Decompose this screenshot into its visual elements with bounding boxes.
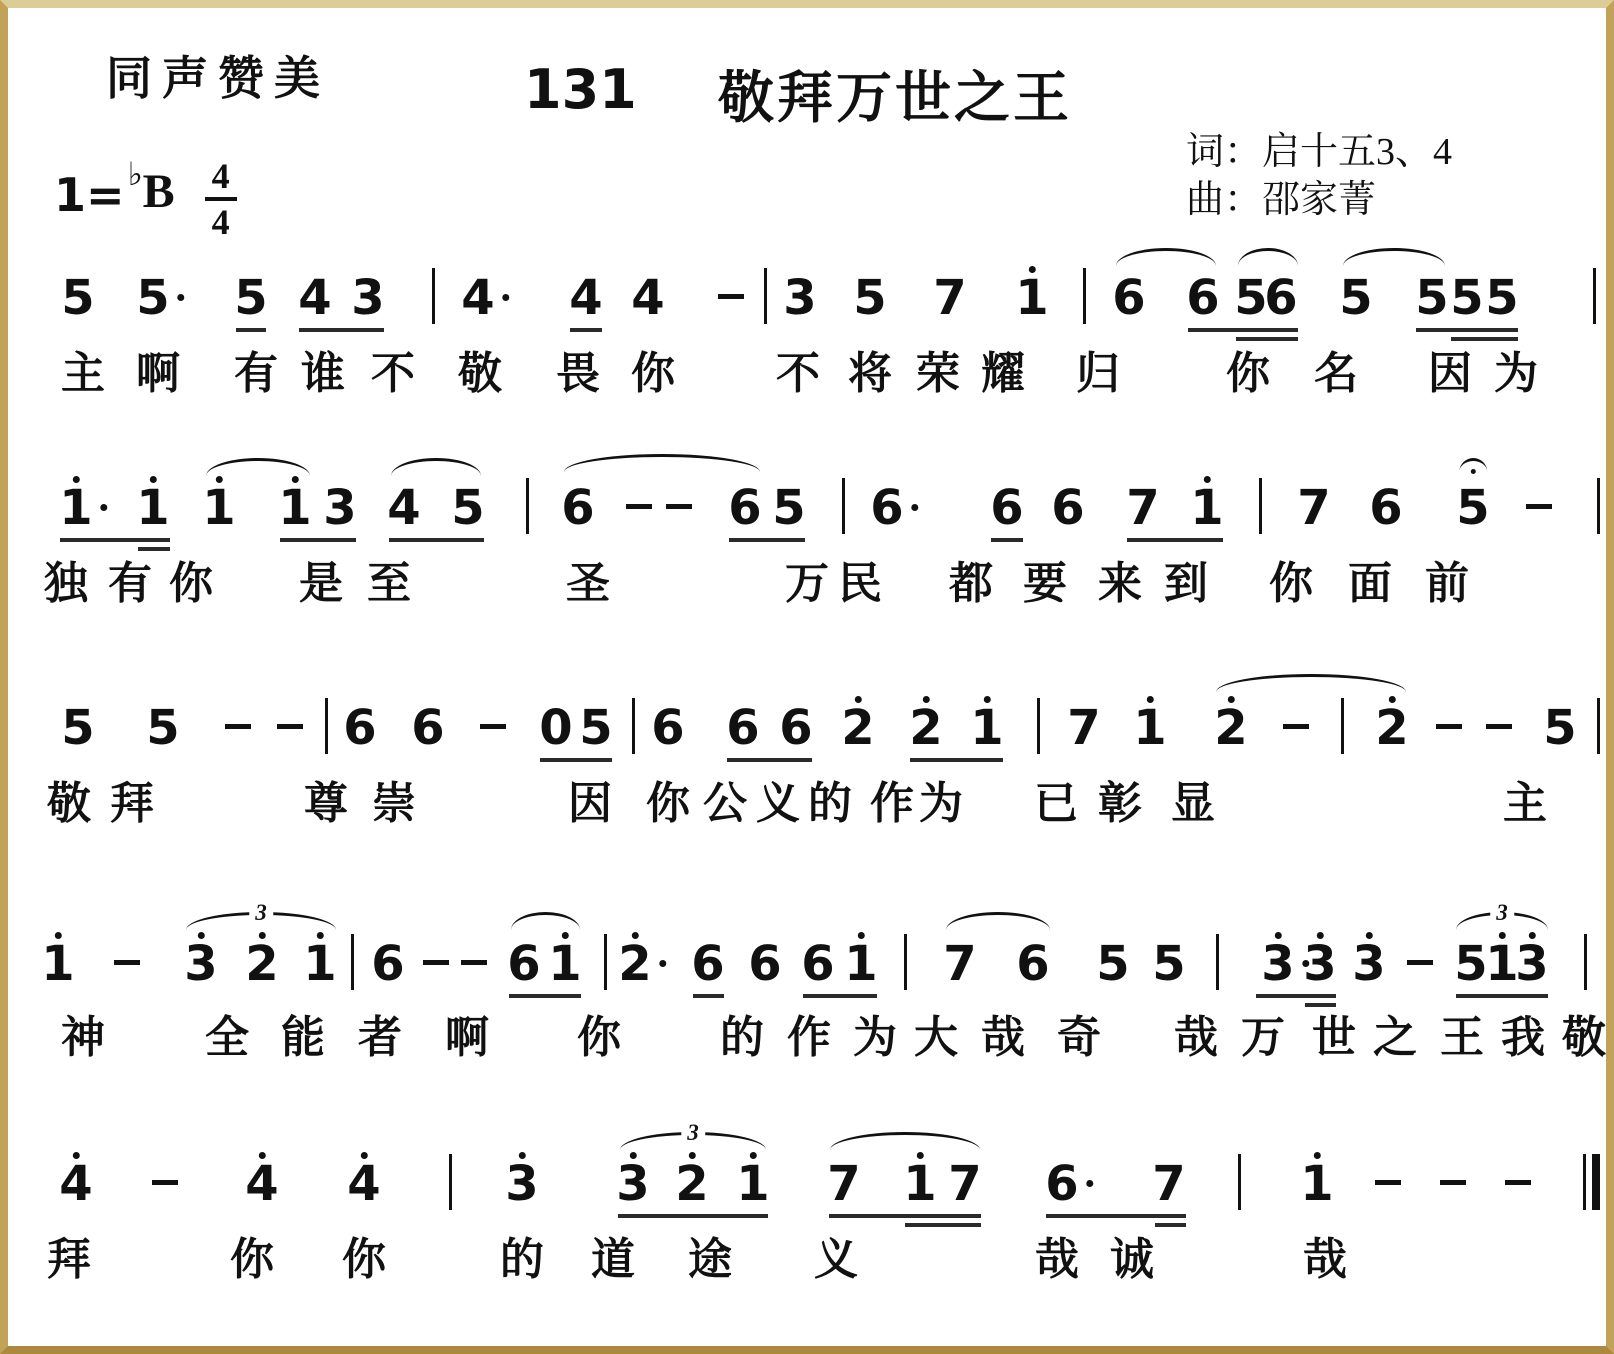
slur-arc — [1216, 674, 1406, 692]
lyric-char: 到 — [1164, 562, 1208, 606]
note: 4 — [347, 1160, 380, 1208]
beam-underline — [910, 758, 1003, 762]
triplet-number: 3 — [249, 901, 273, 924]
octave-dot — [858, 932, 865, 939]
lyric-char: 哉 — [981, 1016, 1025, 1060]
slur-arc — [511, 912, 580, 930]
barline — [632, 698, 635, 754]
triplet-bracket: 3 — [620, 1132, 766, 1150]
augmentation-dot — [178, 294, 185, 301]
lyric-char: 哉 — [1035, 1238, 1079, 1282]
key-prefix: 1= — [54, 158, 125, 218]
duration-dash — [225, 724, 251, 729]
lyric-char: 为 — [1494, 352, 1538, 396]
beam-underline — [1456, 994, 1548, 998]
note: 3 — [1515, 940, 1548, 988]
octave-dot — [259, 932, 266, 939]
duration-dash — [152, 1180, 178, 1185]
octave-dot — [1317, 932, 1324, 939]
barline — [1341, 698, 1344, 754]
beam-underline — [570, 328, 602, 332]
note: 2 — [618, 940, 651, 988]
final-barline-thick — [1592, 1154, 1600, 1210]
lyric-char: 万 — [785, 562, 829, 606]
lyric-char: 者 — [358, 1016, 402, 1060]
lyric-char: 主 — [1503, 782, 1547, 826]
lyric-char: 奇 — [1057, 1016, 1101, 1060]
note: 5 — [1485, 274, 1518, 322]
time-signature: 4 4 — [205, 158, 237, 240]
lyric-char: 敬 — [458, 352, 502, 396]
duration-dash — [1375, 1180, 1401, 1185]
lyric-char: 民 — [838, 562, 882, 606]
time-signature-bottom: 4 — [212, 204, 230, 240]
lyric-char: 敬 — [47, 782, 91, 826]
triplet-number: 3 — [1490, 901, 1514, 924]
note: 1 — [1190, 484, 1223, 532]
octave-dot — [1029, 266, 1036, 273]
beam-underline — [693, 994, 724, 998]
lyric-char: 万 — [1241, 1016, 1285, 1060]
note: 1 — [1300, 1160, 1333, 1208]
beam-underline — [60, 538, 170, 542]
lyric-char: 你 — [646, 782, 690, 826]
lyric-char: 神 — [61, 1016, 105, 1060]
duration-dash — [718, 294, 744, 299]
lyric-char: 你 — [631, 352, 675, 396]
lyric-char: 崇 — [372, 782, 416, 826]
octave-dot — [519, 1152, 526, 1159]
lyric-char: 途 — [688, 1238, 732, 1282]
note: 3 — [1303, 940, 1336, 988]
note: 5 — [1454, 940, 1487, 988]
lyric-char: 至 — [367, 562, 411, 606]
key-letter: B — [143, 158, 175, 216]
octave-dot — [361, 1152, 368, 1159]
note: 3 — [351, 274, 384, 322]
lyric-char: 名 — [1314, 352, 1358, 396]
octave-dot — [1499, 932, 1506, 939]
beam-underline — [618, 1214, 768, 1218]
note: 6 — [1112, 274, 1145, 322]
octave-dot — [150, 476, 157, 483]
lyric-char: 面 — [1348, 562, 1392, 606]
octave-dot — [1529, 932, 1536, 939]
barline — [526, 478, 529, 534]
barline — [325, 698, 328, 754]
duration-dash — [1407, 960, 1433, 965]
duration-dash — [666, 504, 692, 509]
lyric-char: 有 — [234, 352, 278, 396]
barline — [904, 934, 907, 990]
octave-dot — [1147, 696, 1154, 703]
note: 2 — [245, 940, 278, 988]
barline — [1597, 698, 1600, 754]
note: 5 — [1543, 704, 1576, 752]
note: 5 — [1096, 940, 1129, 988]
note: 7 — [1297, 484, 1330, 532]
barline — [1083, 268, 1086, 324]
duration-dash — [1436, 724, 1462, 729]
note: 1 — [844, 940, 877, 988]
duration-dash — [1283, 724, 1309, 729]
note: 7 — [1126, 484, 1159, 532]
note: 3 — [505, 1160, 538, 1208]
lyric-char: 你 — [169, 562, 213, 606]
beam-underline — [1451, 337, 1518, 341]
beam-underline — [389, 538, 484, 542]
octave-dot — [632, 932, 639, 939]
lyric-char: 显 — [1171, 782, 1215, 826]
lyric-char: 谁 — [301, 352, 345, 396]
note: 5 — [61, 274, 94, 322]
note: 7 — [933, 274, 966, 322]
lyric-char: 为 — [853, 1016, 897, 1060]
lyric-char: 啊 — [445, 1016, 489, 1060]
note: 4 — [387, 484, 420, 532]
beam-underline — [299, 328, 384, 332]
lyric-char: 能 — [281, 1016, 325, 1060]
note: 6 — [779, 704, 812, 752]
barline — [1584, 934, 1587, 990]
duration-dash — [626, 504, 652, 509]
note: 5 — [772, 484, 805, 532]
note: 7 — [948, 1160, 981, 1208]
slur-arc — [1116, 248, 1216, 266]
octave-dot — [1389, 696, 1396, 703]
lyric-char: 归 — [1076, 352, 1120, 396]
note: 5 — [1339, 274, 1372, 322]
key-signature: 1= ♭ B 4 4 — [54, 158, 237, 240]
octave-dot — [917, 1152, 924, 1159]
note: 5 — [61, 704, 94, 752]
flat-icon: ♭ — [128, 158, 143, 190]
lyric-char: 有 — [108, 562, 152, 606]
note: 6 — [1045, 1160, 1078, 1208]
note: 6 — [748, 940, 781, 988]
note: 2 — [675, 1160, 708, 1208]
duration-dash — [1505, 1180, 1531, 1185]
beam-underline — [829, 1214, 981, 1218]
barline — [449, 1154, 452, 1210]
lyric-char: 你 — [230, 1238, 274, 1282]
lyric-char: 已 — [1034, 782, 1078, 826]
note: 4 — [569, 274, 602, 322]
augmentation-dot — [1087, 1180, 1094, 1187]
barline — [842, 478, 845, 534]
triplet-bracket: 3 — [186, 912, 336, 930]
note: 6 — [726, 704, 759, 752]
note: 1 — [1133, 704, 1166, 752]
lyric-char: 世 — [1312, 1016, 1356, 1060]
sheet-page: 同声赞美 131 敬拜万世之王 词：启十五3、4 曲：邵家菁 1= ♭ B 4 … — [0, 0, 1614, 1354]
lyric-char: 耀 — [981, 352, 1025, 396]
lyric-char: 畏 — [556, 352, 600, 396]
beam-underline — [236, 328, 266, 332]
barline — [764, 268, 767, 324]
duration-dash — [423, 960, 449, 965]
lyric-char: 荣 — [916, 352, 960, 396]
note: 6 — [801, 940, 834, 988]
barline — [604, 934, 607, 990]
note: 6 — [651, 704, 684, 752]
lyric-char: 大 — [914, 1016, 958, 1060]
beam-underline — [1305, 1003, 1336, 1007]
composer-credit: 曲：邵家菁 — [1186, 168, 1376, 223]
duration-dash — [1486, 724, 1512, 729]
octave-dot — [1228, 696, 1235, 703]
lyric-char: 圣 — [566, 562, 610, 606]
note: 7 — [943, 940, 976, 988]
beam-underline — [138, 547, 170, 551]
octave-dot — [216, 476, 223, 483]
note: 1 — [278, 484, 311, 532]
note: 4 — [461, 274, 494, 322]
beam-underline — [1188, 328, 1298, 332]
note: 6 — [1016, 940, 1049, 988]
note: 6 — [870, 484, 903, 532]
lyric-char: 哉 — [1303, 1238, 1347, 1282]
octave-dot — [73, 476, 80, 483]
final-barline-thin — [1583, 1154, 1586, 1210]
octave-dot — [55, 932, 62, 939]
note: 2 — [1214, 704, 1247, 752]
slur-arc — [564, 454, 760, 472]
lyric-char: 全 — [205, 1016, 249, 1060]
octave-dot — [259, 1152, 266, 1159]
fermata-dot — [1471, 469, 1476, 474]
octave-dot — [73, 1152, 80, 1159]
note: 6 — [1051, 484, 1084, 532]
lyric-char: 的 — [720, 1016, 764, 1060]
note: 1 — [303, 940, 336, 988]
time-signature-top: 4 — [212, 158, 230, 194]
note: 1 — [970, 704, 1003, 752]
note: 6 — [1186, 274, 1219, 322]
octave-dot — [855, 696, 862, 703]
note: 5 — [1415, 274, 1448, 322]
note: 0 — [539, 704, 572, 752]
collection-label: 同声赞美 — [106, 42, 330, 108]
octave-dot — [1366, 932, 1373, 939]
note: 4 — [245, 1160, 278, 1208]
lyric-char: 拜 — [110, 782, 154, 826]
lyric-char: 的 — [808, 782, 852, 826]
slur-arc — [1343, 248, 1445, 266]
beam-underline — [1256, 994, 1336, 998]
augmentation-dot — [503, 294, 510, 301]
barline — [351, 934, 354, 990]
beam-underline — [1416, 328, 1518, 332]
barline — [432, 268, 435, 324]
lyric-char: 将 — [848, 352, 892, 396]
hymn-title: 敬拜万世之王 — [718, 54, 1072, 134]
note: 4 — [298, 274, 331, 322]
beam-underline — [1127, 538, 1223, 542]
augmentation-dot — [101, 504, 108, 511]
lyric-char: 不 — [371, 352, 415, 396]
note: 3 — [323, 484, 356, 532]
note: 4 — [59, 1160, 92, 1208]
barline — [1238, 1154, 1241, 1210]
lyric-char: 要 — [1023, 562, 1067, 606]
duration-dash — [461, 960, 487, 965]
note: 1 — [202, 484, 235, 532]
note: 6 — [728, 484, 761, 532]
note: 6 — [990, 484, 1023, 532]
note: 2 — [841, 704, 874, 752]
duration-dash — [114, 960, 140, 965]
slur-arc — [830, 1132, 980, 1150]
lyric-char: 义 — [814, 1238, 858, 1282]
octave-dot — [198, 932, 205, 939]
beam-underline — [727, 758, 812, 762]
note: 1 — [903, 1160, 936, 1208]
lyric-char: 因 — [568, 782, 612, 826]
note: 2 — [909, 704, 942, 752]
slur-arc — [206, 458, 310, 476]
note: 5 — [1234, 274, 1267, 322]
note: 1 — [1485, 940, 1518, 988]
lyric-char: 为 — [919, 782, 963, 826]
note: 3 — [184, 940, 217, 988]
note: 6 — [691, 940, 724, 988]
note: 1 — [1015, 274, 1048, 322]
barline — [1037, 698, 1040, 754]
duration-dash — [480, 724, 506, 729]
barline — [1593, 268, 1596, 324]
duration-dash — [277, 724, 303, 729]
note: 5 — [853, 274, 886, 322]
slur-arc — [391, 458, 481, 476]
beam-underline — [540, 758, 612, 762]
octave-dot — [984, 696, 991, 703]
octave-dot — [317, 932, 324, 939]
octave-dot — [1204, 476, 1211, 483]
beam-underline — [509, 994, 581, 998]
note: 5 — [234, 274, 267, 322]
octave-dot — [689, 1152, 696, 1159]
lyric-char: 啊 — [136, 352, 180, 396]
lyric-char: 你 — [577, 1016, 621, 1060]
note: 4 — [631, 274, 664, 322]
triplet-bracket: 3 — [1456, 912, 1548, 930]
note: 6 — [411, 704, 444, 752]
lyric-char: 作 — [870, 782, 914, 826]
beam-underline — [1046, 1214, 1186, 1218]
lyric-char: 主 — [61, 352, 105, 396]
duration-dash — [1440, 1180, 1466, 1185]
triplet-number: 3 — [681, 1121, 705, 1144]
beam-underline — [991, 538, 1023, 542]
lyric-char: 你 — [1226, 352, 1270, 396]
note: 1 — [548, 940, 581, 988]
note: 1 — [41, 940, 74, 988]
lyric-char: 来 — [1098, 562, 1142, 606]
note: 7 — [1152, 1160, 1185, 1208]
note: 3 — [1261, 940, 1294, 988]
lyricist-credit: 词：启十五3、4 — [1186, 120, 1452, 175]
note: 1 — [136, 484, 169, 532]
beam-underline — [1155, 1223, 1186, 1227]
lyric-char: 我 — [1501, 1016, 1545, 1060]
beam-underline — [729, 538, 805, 542]
beam-underline — [1236, 337, 1298, 341]
hymn-number: 131 — [524, 58, 637, 121]
octave-dot — [1275, 932, 1282, 939]
note: 5 — [1456, 484, 1489, 532]
octave-dot — [923, 696, 930, 703]
note: 3 — [616, 1160, 649, 1208]
note: 1 — [736, 1160, 769, 1208]
note: 5 — [451, 484, 484, 532]
lyric-char: 拜 — [47, 1238, 91, 1282]
lyric-char: 你 — [1269, 562, 1313, 606]
lyric-char: 因 — [1428, 352, 1472, 396]
lyric-char: 彰 — [1098, 782, 1142, 826]
lyric-char: 王 — [1440, 1016, 1484, 1060]
note: 6 — [561, 484, 594, 532]
augmentation-dot — [660, 960, 667, 967]
octave-dot — [750, 1152, 757, 1159]
lyric-char: 作 — [787, 1016, 831, 1060]
octave-dot — [562, 932, 569, 939]
note: 7 — [1067, 704, 1100, 752]
slur-arc — [1238, 248, 1298, 266]
note: 6 — [507, 940, 540, 988]
beam-underline — [905, 1223, 981, 1227]
lyric-char: 是 — [299, 562, 343, 606]
barline — [1597, 478, 1600, 534]
lyric-char: 前 — [1425, 562, 1469, 606]
octave-dot — [630, 1152, 637, 1159]
note: 5 — [579, 704, 612, 752]
beam-underline — [280, 538, 356, 542]
note: 6 — [343, 704, 376, 752]
lyric-char: 诚 — [1110, 1238, 1154, 1282]
note: 6 — [371, 940, 404, 988]
lyric-char: 敬 — [1562, 1016, 1606, 1060]
octave-dot — [1314, 1152, 1321, 1159]
lyric-char: 公 — [703, 782, 747, 826]
note: 1 — [59, 484, 92, 532]
lyric-char: 你 — [342, 1238, 386, 1282]
note: 5 — [136, 274, 169, 322]
lyric-char: 之 — [1373, 1016, 1417, 1060]
octave-dot — [292, 476, 299, 483]
note: 7 — [827, 1160, 860, 1208]
lyric-char: 都 — [949, 562, 993, 606]
barline — [1259, 478, 1262, 534]
lyric-char: 不 — [776, 352, 820, 396]
note: 5 — [1450, 274, 1483, 322]
note: 5 — [1152, 940, 1185, 988]
slur-arc — [946, 912, 1050, 930]
lyric-char: 独 — [44, 562, 88, 606]
note: 6 — [1369, 484, 1402, 532]
duration-dash — [1526, 504, 1552, 509]
lyric-char: 的 — [500, 1238, 544, 1282]
time-signature-bar — [205, 197, 237, 201]
augmentation-dot — [912, 504, 919, 511]
lyric-char: 道 — [591, 1238, 635, 1282]
beam-underline — [803, 994, 877, 998]
lyric-char: 义 — [756, 782, 800, 826]
lyric-char: 尊 — [304, 782, 348, 826]
note: 3 — [1352, 940, 1385, 988]
note: 3 — [783, 274, 816, 322]
note: 5 — [146, 704, 179, 752]
